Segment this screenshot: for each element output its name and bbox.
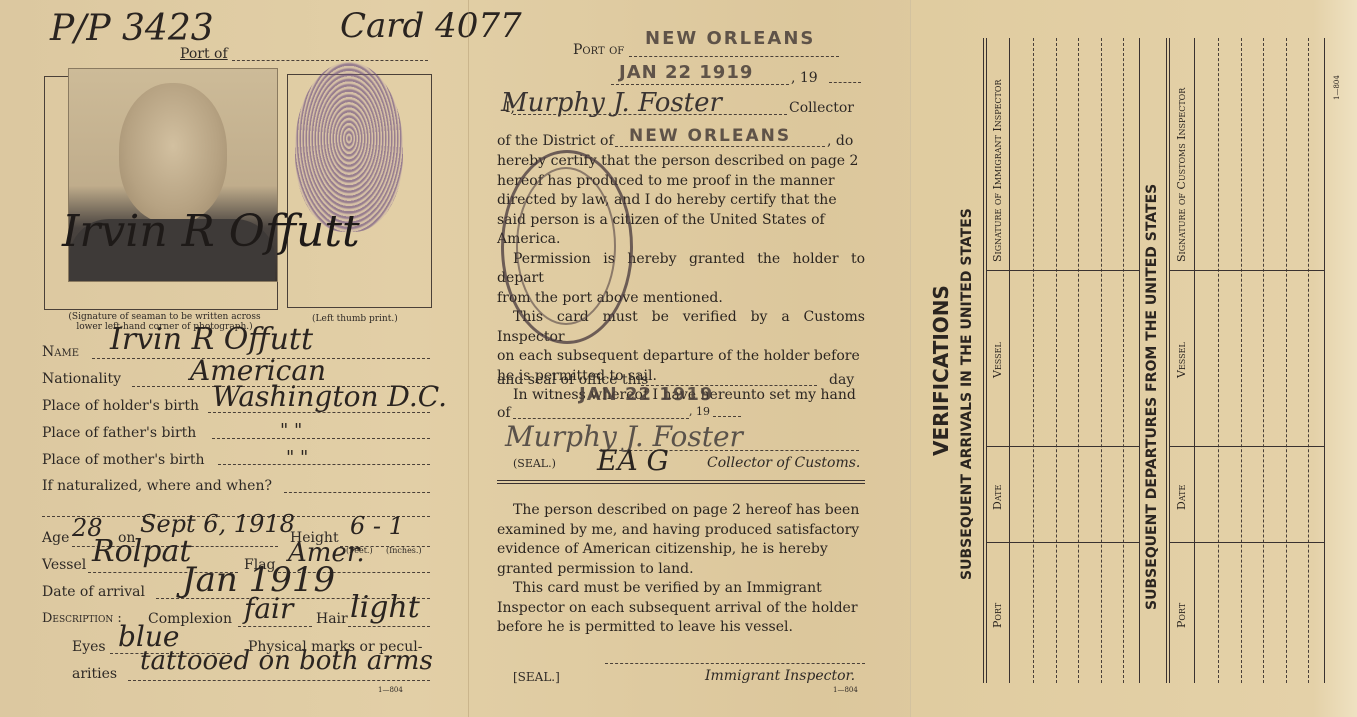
form-number-middle: 1—804 — [833, 686, 858, 694]
year-line — [829, 82, 861, 83]
column-divider — [1169, 270, 1324, 271]
form-number-right: 1—804 — [1333, 75, 1341, 100]
middle-panel-certification: Port of NEW ORLEANS JAN 22 1919 , 19 I, … — [468, 0, 911, 717]
naturalized-label: If naturalized, where and when? — [42, 478, 272, 494]
eyes-label: Eyes — [72, 639, 106, 655]
inspector-paragraph: The person described on page 2 hereof ha… — [497, 501, 865, 638]
naturalized-line — [284, 492, 430, 493]
arrival-row-2[interactable] — [1056, 38, 1057, 683]
vessel-value: Rolpat — [92, 534, 191, 569]
arrivals-heading: SUBSEQUENT ARRIVALS IN THE UNITED STATES — [959, 208, 975, 580]
date-stamp: JAN 22 1919 — [619, 62, 753, 83]
complexion-line — [238, 626, 312, 627]
handwritten-pp-number: P/P 3423 — [50, 8, 214, 49]
immigrant-inspector-label: Immigrant Inspector. — [705, 668, 855, 684]
inspector-line: granted permission to land. — [497, 560, 865, 580]
arrivals-col-signature: Signature of Immigrant Inspector — [991, 80, 1004, 262]
mother-birth-value: " " — [286, 447, 308, 468]
table-border — [986, 38, 987, 683]
arrivals-col-port: Port — [991, 603, 1004, 628]
do-label: , do — [827, 133, 853, 149]
district-label: of the District of — [497, 133, 614, 149]
port-line — [629, 56, 839, 57]
seal-label: (SEAL.) — [513, 457, 556, 470]
marks-label-2: arities — [72, 666, 117, 682]
left-panel-personal-details: P/P 3423 Card 4077 Port of Irvin R Offut… — [0, 0, 468, 717]
table-border — [983, 38, 984, 683]
departure-row-3[interactable] — [1263, 38, 1264, 683]
height-value: 6 - 1 — [350, 512, 404, 540]
round-seal-inner — [516, 167, 616, 325]
departures-col-vessel: Vessel — [1175, 342, 1188, 378]
table-border — [1169, 38, 1170, 683]
inspector-line: evidence of American citizenship, he is … — [497, 540, 865, 560]
witness-year-line — [713, 416, 741, 417]
arrival-label: Date of arrival — [42, 584, 145, 600]
departure-row-1[interactable] — [1218, 38, 1219, 683]
departure-row-4[interactable] — [1286, 38, 1287, 683]
section-divider — [497, 480, 865, 481]
mother-birth-label: Place of mother's birth — [42, 452, 204, 468]
section-divider-2 — [497, 483, 865, 484]
hair-label: Hair — [316, 611, 348, 627]
of-label: of — [497, 405, 511, 421]
marks-line — [128, 680, 430, 681]
seaman-identification-card: P/P 3423 Card 4077 Port of Irvin R Offut… — [0, 0, 1357, 717]
mother-birth-line — [218, 464, 430, 465]
verifications-rotated: VERIFICATIONS SUBSEQUENT ARRIVALS IN THE… — [911, 0, 1357, 717]
immigrant-verify-line: before he is permitted to leave his vess… — [497, 618, 865, 638]
departure-row-2[interactable] — [1241, 38, 1242, 683]
witness-date-stamp: JAN 22 1919 — [579, 384, 713, 405]
departures-heading: SUBSEQUENT DEPARTURES FROM THE UNITED ST… — [1144, 184, 1160, 610]
form-number-left: 1—804 — [378, 686, 403, 694]
marks-value: tattooed on both arms — [140, 646, 433, 676]
photo-caption-line1: (Signature of seaman to be written acros… — [52, 312, 277, 322]
inches-label: (Inches.) — [386, 546, 422, 555]
father-birth-value: " " — [280, 420, 302, 441]
column-divider — [986, 542, 1139, 543]
header-column-border — [1009, 38, 1010, 683]
immigrant-inspector-line — [605, 663, 865, 664]
arrivals-col-date: Date — [991, 485, 1004, 510]
date-line — [611, 84, 789, 85]
verify-line: on each subsequent departure of the hold… — [497, 347, 865, 367]
immigrant-verify-line: This card must be verified by an Immigra… — [497, 579, 865, 599]
table-border — [1166, 38, 1167, 683]
column-divider — [986, 446, 1139, 447]
collector-line — [513, 114, 787, 115]
year-label: , 19 — [689, 405, 710, 418]
arrival-row-3[interactable] — [1078, 38, 1079, 683]
day-label: day — [829, 372, 854, 388]
name-label: Name — [42, 344, 79, 360]
immigrant-verify-line: Inspector on each subsequent arrival of … — [497, 599, 865, 619]
of-line — [513, 418, 689, 419]
description-label: Description : — [42, 611, 122, 626]
verifications-title: VERIFICATIONS — [929, 285, 953, 456]
arrival-row-1[interactable] — [1033, 38, 1034, 683]
photo-face — [119, 83, 227, 223]
holder-birth-value: Washington D.C. — [212, 380, 447, 413]
district-line — [615, 146, 825, 147]
arrival-row-5[interactable] — [1123, 38, 1124, 683]
port-of-label: Port of — [180, 46, 228, 62]
hair-line — [348, 626, 430, 627]
round-seal-stamp — [501, 150, 633, 344]
father-birth-label: Place of father's birth — [42, 425, 196, 441]
inspector-line: The person described on page 2 hereof ha… — [497, 501, 865, 521]
table-border — [1324, 38, 1325, 683]
year-suffix: , 19 — [791, 70, 818, 86]
collector-label: Collector — [789, 100, 854, 116]
seal-label-2: [SEAL.] — [513, 670, 560, 684]
complexion-value: fair — [244, 592, 293, 625]
arrival-row-4[interactable] — [1101, 38, 1102, 683]
collector-customs-label: Collector of Customs. — [707, 455, 860, 471]
port-of-label: Port of — [573, 42, 624, 58]
departures-col-signature: Signature of Customs Inspector — [1175, 88, 1188, 262]
seaman-signature: Irvin R Offutt — [62, 206, 360, 257]
holder-birth-label: Place of holder's birth — [42, 398, 199, 414]
arrivals-col-vessel: Vessel — [991, 342, 1004, 378]
district-stamp: NEW ORLEANS — [629, 126, 791, 146]
column-divider — [1169, 542, 1324, 543]
column-divider — [1169, 446, 1324, 447]
hair-value: light — [350, 590, 420, 625]
nationality-label: Nationality — [42, 371, 121, 387]
right-panel-verifications: VERIFICATIONS SUBSEQUENT ARRIVALS IN THE… — [910, 0, 1357, 717]
port-of-line — [232, 60, 428, 61]
age-label: Age — [42, 530, 69, 546]
father-birth-line — [212, 438, 430, 439]
initials: EA G — [597, 444, 669, 477]
departure-row-5[interactable] — [1308, 38, 1309, 683]
column-divider — [986, 270, 1139, 271]
departures-col-port: Port — [1175, 603, 1188, 628]
table-border — [1139, 38, 1140, 683]
header-column-border — [1194, 38, 1195, 683]
departures-col-date: Date — [1175, 485, 1188, 510]
vessel-label: Vessel — [42, 557, 86, 573]
port-stamp: NEW ORLEANS — [645, 28, 815, 49]
inspector-line: examined by me, and having produced sati… — [497, 521, 865, 541]
thumb-caption: (Left thumb print.) — [312, 314, 398, 324]
name-value: Irvin R Offutt — [110, 322, 313, 357]
